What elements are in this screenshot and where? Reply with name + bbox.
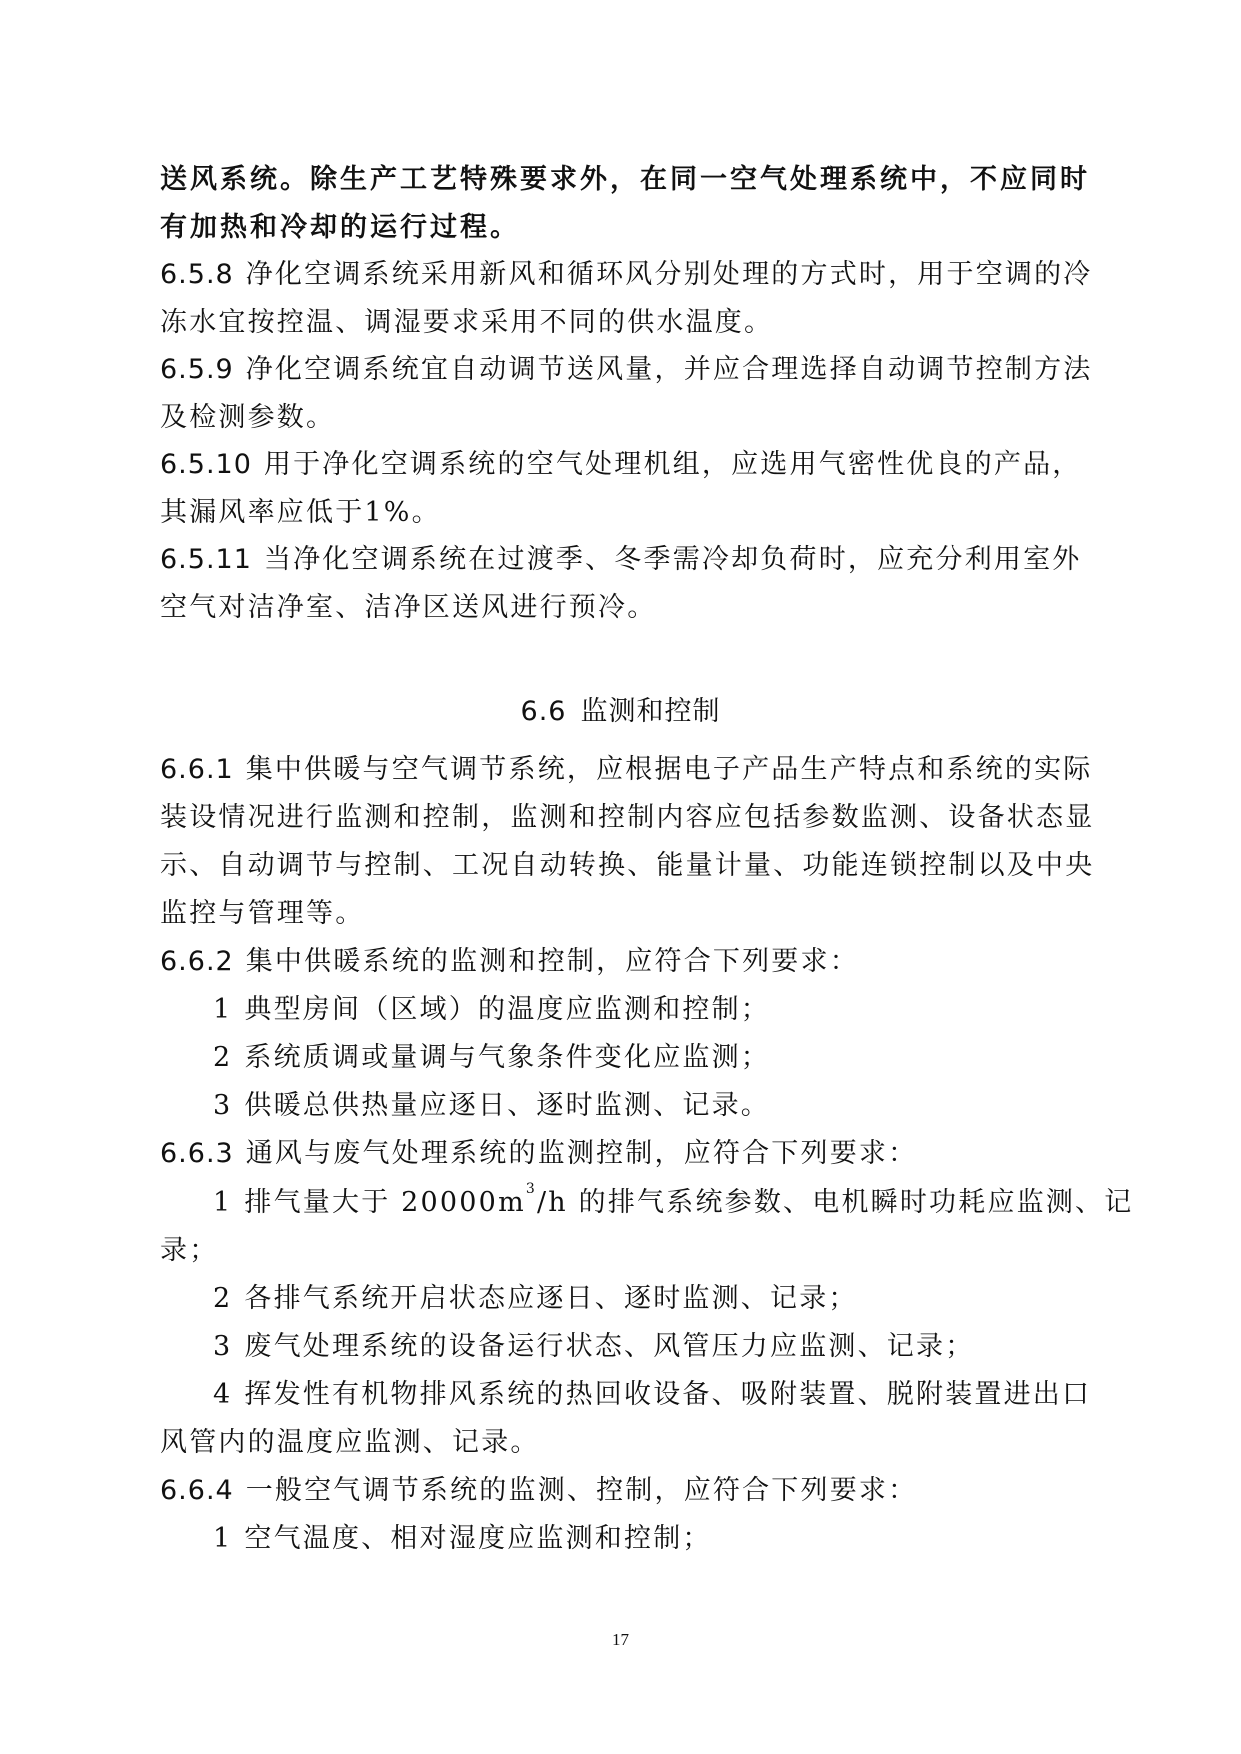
item-number: 4 — [213, 1379, 232, 1410]
clause-text: 集中供暖系统的监测和控制，应符合下列要求： — [246, 946, 859, 977]
clause-number: 6.5.11 — [160, 544, 252, 575]
section-title: 监测和控制 — [580, 696, 720, 727]
page-number: 17 — [0, 1630, 1241, 1650]
item-text-pre: 排气量大于 20000m — [244, 1187, 525, 1218]
clause-text: 净化空调系统宜自动调节送风量，并应合理选择自动调节控制方法 — [246, 354, 1093, 385]
clause-number: 6.6.1 — [160, 754, 234, 785]
clause-6-6-1-line-4: 监控与管理等。 — [160, 890, 1085, 938]
clause-number: 6.6.3 — [160, 1138, 234, 1169]
clause-text: 通风与废气处理系统的监测控制，应符合下列要求： — [246, 1138, 918, 1169]
clause-6-5-11-line-1: 6.5.11当净化空调系统在过渡季、冬季需冷却负荷时，应充分利用室外 — [160, 536, 1085, 584]
clause-6-6-2-item-2: 2系统质调或量调与气象条件变化应监测； — [213, 1034, 1138, 1082]
clause-6-6-3-item-1: 1排气量大于 20000m3/h 的排气系统参数、电机瞬时功耗应监测、记 — [213, 1179, 1138, 1227]
clause-6-5-10-line-1: 6.5.10用于净化空调系统的空气处理机组，应选用气密性优良的产品， — [160, 441, 1085, 489]
clause-6-5-11-line-2: 空气对洁净室、洁净区送风进行预冷。 — [160, 584, 1085, 632]
clause-6-6-1-line-3: 示、自动调节与控制、工况自动转换、能量计量、功能连锁控制以及中央 — [160, 842, 1085, 890]
clause-text: 一般空气调节系统的监测、控制，应符合下列要求： — [246, 1475, 918, 1506]
clause-6-6-3-item-3: 3废气处理系统的设备运行状态、风管压力应监测、记录； — [213, 1323, 1138, 1371]
clause-6-6-2-item-3: 3供暖总供热量应逐日、逐时监测、记录。 — [213, 1082, 1138, 1130]
section-number: 6.6 — [521, 696, 567, 727]
clause-text: 净化空调系统采用新风和循环风分别处理的方式时，用于空调的冷 — [246, 259, 1093, 290]
item-text: 供暖总供热量应逐日、逐时监测、记录。 — [244, 1090, 770, 1121]
clause-6-6-3-item-1-cont: 录； — [160, 1227, 1085, 1275]
clause-6-5-8-line-1: 6.5.8净化空调系统采用新风和循环风分别处理的方式时，用于空调的冷 — [160, 251, 1085, 299]
clause-number: 6.5.8 — [160, 259, 234, 290]
item-number: 1 — [213, 1187, 232, 1218]
item-number: 1 — [213, 1523, 232, 1554]
clause-text: 用于净化空调系统的空气处理机组，应选用气密性优良的产品， — [264, 449, 1082, 480]
section-heading: 6.6监测和控制 — [0, 688, 1241, 736]
clause-6-6-2-item-1: 1典型房间（区域）的温度应监测和控制； — [213, 986, 1138, 1034]
item-text: 系统质调或量调与气象条件变化应监测； — [244, 1042, 770, 1073]
clause-text: 当净化空调系统在过渡季、冬季需冷却负荷时，应充分利用室外 — [264, 544, 1082, 575]
superscript: 3 — [526, 1181, 537, 1197]
clause-6-6-3-item-4: 4挥发性有机物排风系统的热回收设备、吸附装置、脱附装置进出口 — [213, 1371, 1138, 1419]
clause-number: 6.5.10 — [160, 449, 252, 480]
clause-6-6-3-item-4-cont: 风管内的温度应监测、记录。 — [160, 1419, 1085, 1467]
clause-number: 6.6.4 — [160, 1475, 234, 1506]
item-number: 2 — [213, 1283, 232, 1314]
clause-6-6-4-intro: 6.6.4一般空气调节系统的监测、控制，应符合下列要求： — [160, 1467, 1085, 1515]
clause-number: 6.5.9 — [160, 354, 234, 385]
clause-6-5-8-line-2: 冻水宜按控温、调湿要求采用不同的供水温度。 — [160, 299, 1085, 347]
clause-text: 集中供暖与空气调节系统，应根据电子产品生产特点和系统的实际 — [246, 754, 1093, 785]
item-number: 3 — [213, 1090, 232, 1121]
document-page: 送风系统。除生产工艺特殊要求外，在同一空气处理系统中，不应同时 有加热和冷却的运… — [0, 0, 1241, 1754]
item-text: 空气温度、相对湿度应监测和控制； — [244, 1523, 711, 1554]
item-text: 各排气系统开启状态应逐日、逐时监测、记录； — [244, 1283, 857, 1314]
clause-number: 6.6.2 — [160, 946, 234, 977]
continuation-line-1: 送风系统。除生产工艺特殊要求外，在同一空气处理系统中，不应同时 — [160, 156, 1085, 204]
item-text: 挥发性有机物排风系统的热回收设备、吸附装置、脱附装置进出口 — [244, 1379, 1091, 1410]
clause-6-6-2-intro: 6.6.2集中供暖系统的监测和控制，应符合下列要求： — [160, 938, 1085, 986]
clause-6-6-1-line-1: 6.6.1集中供暖与空气调节系统，应根据电子产品生产特点和系统的实际 — [160, 746, 1085, 794]
item-number: 3 — [213, 1331, 232, 1362]
clause-6-5-9-line-1: 6.5.9净化空调系统宜自动调节送风量，并应合理选择自动调节控制方法 — [160, 346, 1085, 394]
clause-6-6-3-item-2: 2各排气系统开启状态应逐日、逐时监测、记录； — [213, 1275, 1138, 1323]
item-number: 1 — [213, 994, 232, 1025]
clause-6-5-10-line-2: 其漏风率应低于1%。 — [160, 489, 1085, 537]
item-text: 废气处理系统的设备运行状态、风管压力应监测、记录； — [244, 1331, 974, 1362]
clause-6-6-3-intro: 6.6.3通风与废气处理系统的监测控制，应符合下列要求： — [160, 1130, 1085, 1178]
item-text-post: /h 的排气系统参数、电机瞬时功耗应监测、记 — [537, 1187, 1133, 1218]
item-number: 2 — [213, 1042, 232, 1073]
item-text: 典型房间（区域）的温度应监测和控制； — [244, 994, 770, 1025]
clause-6-6-1-line-2: 装设情况进行监测和控制，监测和控制内容应包括参数监测、设备状态显 — [160, 794, 1085, 842]
continuation-line-2: 有加热和冷却的运行过程。 — [160, 204, 1085, 252]
clause-6-5-9-line-2: 及检测参数。 — [160, 394, 1085, 442]
clause-6-6-4-item-1: 1空气温度、相对湿度应监测和控制； — [213, 1515, 1138, 1563]
